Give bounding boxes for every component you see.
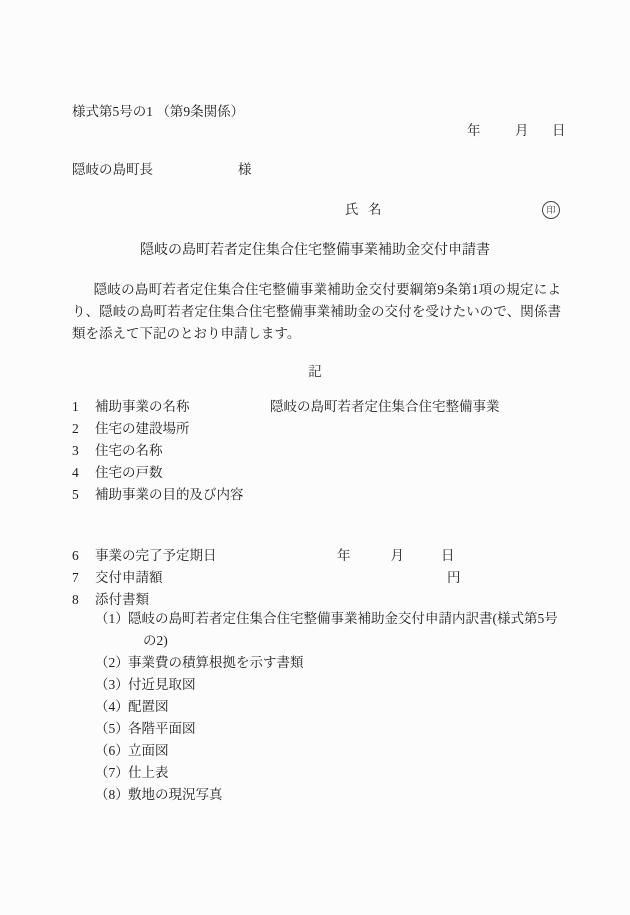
item-row-1: 1 補助事業の名称 隠岐の島町若者定住集合住宅整備事業 bbox=[72, 396, 572, 418]
addressee-line: 隠岐の島町長様 bbox=[72, 159, 252, 181]
date-day-label: 日 bbox=[552, 120, 566, 142]
attachment-text: 敷地の現況写真 bbox=[128, 784, 575, 806]
item-number: 1 bbox=[72, 396, 95, 418]
item-value bbox=[270, 484, 572, 506]
attachment-number: （4） bbox=[95, 696, 128, 718]
attachment-text: 立面図 bbox=[128, 740, 575, 762]
attachment-text-line2: の2) bbox=[128, 630, 575, 652]
attachment-row-8: （8） 敷地の現況写真 bbox=[95, 784, 575, 806]
item-label: 補助事業の名称 bbox=[95, 396, 270, 418]
completion-year-label: 年 bbox=[337, 545, 351, 567]
item-number: 4 bbox=[72, 462, 95, 484]
item-number: 6 bbox=[72, 545, 95, 567]
name-label-mei: 名 bbox=[368, 199, 382, 221]
document-page: 様式第5号の1 （第9条関係） 年 月 日 隠岐の島町長様 氏 名 印 隠岐の島… bbox=[0, 0, 630, 915]
attachment-number: （7） bbox=[95, 762, 128, 784]
item-value bbox=[270, 462, 572, 484]
attachment-number: （5） bbox=[95, 718, 128, 740]
attachment-text: 事業費の積算根拠を示す書類 bbox=[128, 652, 575, 674]
item-label: 交付申請額 bbox=[95, 567, 270, 589]
date-year-label: 年 bbox=[467, 120, 481, 142]
item-value bbox=[270, 440, 572, 462]
attachment-number: （1） bbox=[95, 608, 128, 652]
yen-unit-label: 円 bbox=[447, 567, 461, 589]
attachment-row-2: （2） 事業費の積算根拠を示す書類 bbox=[95, 652, 575, 674]
item-number: 7 bbox=[72, 567, 95, 589]
item-row-7: 7 交付申請額 円 bbox=[72, 567, 572, 589]
attachments-list: （1） 隠岐の島町若者定住集合住宅整備事業補助金交付申請内訳書(様式第5号 の2… bbox=[95, 608, 575, 806]
item-label: 住宅の名称 bbox=[95, 440, 270, 462]
item-row-4: 4 住宅の戸数 bbox=[72, 462, 572, 484]
seal-mark-icon: 印 bbox=[542, 201, 560, 219]
item-label: 補助事業の目的及び内容 bbox=[95, 484, 270, 506]
item-number: 2 bbox=[72, 418, 95, 440]
body-paragraph: 隠岐の島町若者定住集合住宅整備事業補助金交付要綱第9条第1項の規定により、隠岐の… bbox=[72, 279, 561, 345]
attachment-row-5: （5） 各階平面図 bbox=[95, 718, 575, 740]
item-row-6: 6 事業の完了予定期日 年 月 日 bbox=[72, 545, 572, 567]
attachment-number: （2） bbox=[95, 652, 128, 674]
items-list-1: 1 補助事業の名称 隠岐の島町若者定住集合住宅整備事業 2 住宅の建設場所 3 … bbox=[72, 396, 572, 506]
item-row-5: 5 補助事業の目的及び内容 bbox=[72, 484, 572, 506]
item-row-2: 2 住宅の建設場所 bbox=[72, 418, 572, 440]
ki-heading: 記 bbox=[0, 361, 630, 383]
item-label: 事業の完了予定期日 bbox=[95, 545, 270, 567]
attachment-text: 付近見取図 bbox=[128, 674, 575, 696]
attachment-row-4: （4） 配置図 bbox=[95, 696, 575, 718]
item-number: 3 bbox=[72, 440, 95, 462]
date-line: 年 月 日 bbox=[0, 120, 630, 142]
attachment-number: （3） bbox=[95, 674, 128, 696]
item-label: 住宅の建設場所 bbox=[95, 418, 270, 440]
attachment-text-line1: 隠岐の島町若者定住集合住宅整備事業補助金交付申請内訳書(様式第5号 bbox=[128, 608, 575, 630]
item-value: 隠岐の島町若者定住集合住宅整備事業 bbox=[270, 396, 572, 418]
attachment-number: （8） bbox=[95, 784, 128, 806]
attachment-text: 仕上表 bbox=[128, 762, 575, 784]
item-label: 住宅の戸数 bbox=[95, 462, 270, 484]
attachment-row-1: （1） 隠岐の島町若者定住集合住宅整備事業補助金交付申請内訳書(様式第5号 の2… bbox=[95, 608, 575, 652]
attachment-row-7: （7） 仕上表 bbox=[95, 762, 575, 784]
addressee-honorific: 様 bbox=[238, 162, 252, 177]
attachment-text: 隠岐の島町若者定住集合住宅整備事業補助金交付申請内訳書(様式第5号 の2) bbox=[128, 608, 575, 652]
item-number: 5 bbox=[72, 484, 95, 506]
item-value bbox=[270, 418, 572, 440]
addressee-name: 隠岐の島町長 bbox=[72, 162, 153, 177]
item-number: 8 bbox=[72, 589, 95, 611]
completion-day-label: 日 bbox=[441, 545, 455, 567]
document-title: 隠岐の島町若者定住集合住宅整備事業補助金交付申請書 bbox=[0, 240, 630, 262]
items-list-2: 6 事業の完了予定期日 年 月 日 7 交付申請額 円 8 添付書類 bbox=[72, 545, 572, 611]
attachment-text: 配置図 bbox=[128, 696, 575, 718]
attachment-row-3: （3） 付近見取図 bbox=[95, 674, 575, 696]
name-label-shi: 氏 bbox=[345, 199, 359, 221]
date-month-label: 月 bbox=[515, 120, 529, 142]
attachment-row-6: （6） 立面図 bbox=[95, 740, 575, 762]
completion-month-label: 月 bbox=[391, 545, 405, 567]
attachment-text: 各階平面図 bbox=[128, 718, 575, 740]
attachment-number: （6） bbox=[95, 740, 128, 762]
item-row-3: 3 住宅の名称 bbox=[72, 440, 572, 462]
applicant-name-line: 氏 名 印 bbox=[0, 199, 630, 221]
